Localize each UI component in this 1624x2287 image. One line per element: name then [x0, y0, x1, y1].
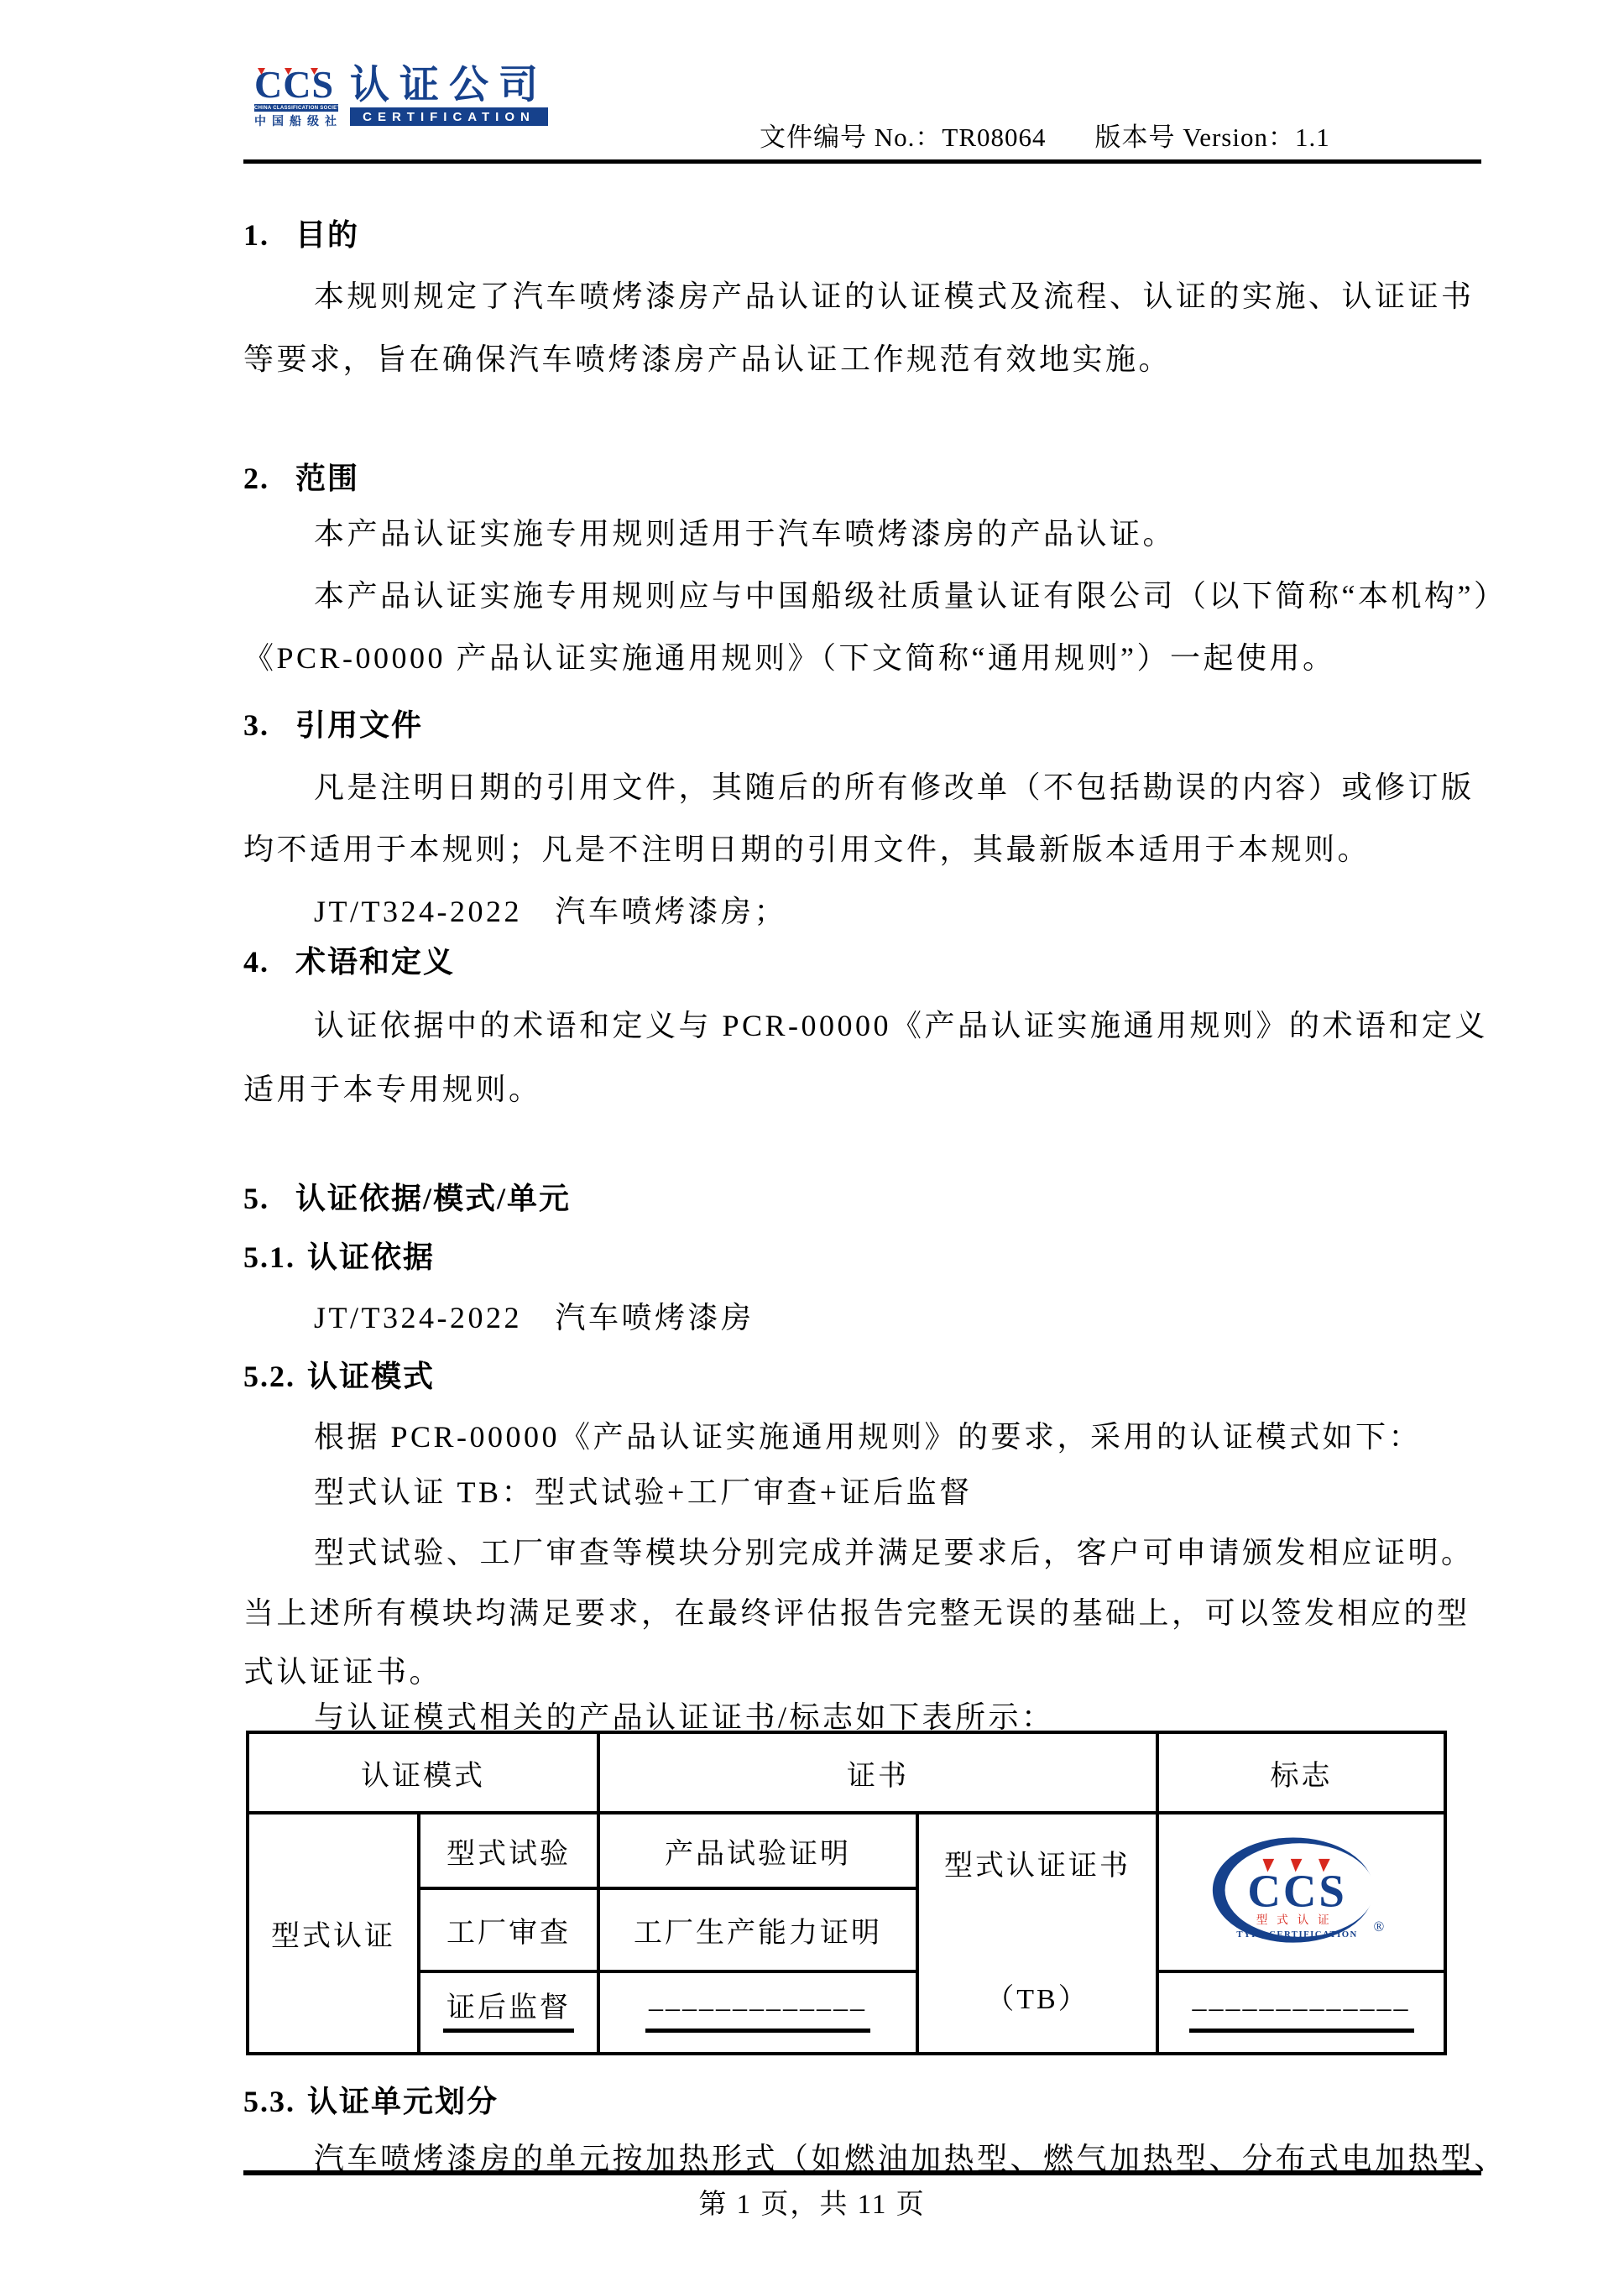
mark-type-en: TYPE CERTIFICATION — [1236, 1929, 1357, 1939]
section-number: 1. — [243, 217, 295, 253]
cell-mode-group: 型式认证 — [248, 1813, 419, 2054]
paragraph-line: 型式试验、工厂审查等模块分别完成并满足要求后，客户可申请颁发相应证明。 — [243, 1529, 1475, 1572]
certification-banner: CERTIFICATION — [350, 107, 548, 126]
registered-icon: ® — [1374, 1918, 1387, 1934]
section-heading-5-1: 5.1.认证依据 — [243, 1234, 435, 1277]
paragraph-line: 《PCR-00000 产品认证实施通用规则》（下文简称“通用规则”）一起使用。 — [243, 634, 1336, 677]
ccs-wordmark: CCS — [254, 67, 338, 102]
section-heading-5-3: 5.3.认证单元划分 — [243, 2078, 499, 2121]
ccs-logo: CCS CHINA CLASSIFICATION SOCIETY 中国船级社 认… — [254, 67, 548, 129]
section-title: 认证依据/模式/单元 — [295, 1182, 571, 1215]
cell-module: 型式试验 — [419, 1813, 598, 1888]
paragraph-line: 等要求，旨在确保汽车喷烤漆房产品认证工作规范有效地实施。 — [243, 336, 1172, 379]
cell-module: 证后监督 — [419, 1971, 598, 2054]
header-rule — [243, 159, 1481, 164]
cert-group-code: （TB） — [919, 1983, 1156, 2018]
section-number: 4. — [243, 944, 295, 979]
section-heading-3: 3.引用文件 — [243, 702, 423, 744]
paragraph-line: 均不适用于本规则；凡是不注明日期的引用文件，其最新版本适用于本规则。 — [243, 826, 1371, 869]
cert-group-name: 型式认证证书 — [919, 1850, 1156, 1884]
cell-mark: ––––––––––––– — [1157, 1971, 1445, 2054]
dash-placeholder: ––––––––––––– — [645, 1994, 870, 2033]
section-heading-4: 4.术语和定义 — [243, 938, 455, 981]
section-title: 认证模式 — [307, 1360, 435, 1393]
section-title: 认证依据 — [307, 1240, 435, 1274]
section-number: 5.2. — [243, 1359, 307, 1394]
cell-mark-logo: CCS 型式认证 TYPE CERTIFICATION ® — [1157, 1813, 1445, 1971]
cell-module: 工厂审查 — [419, 1888, 598, 1971]
ccs-logo-left: CCS CHINA CLASSIFICATION SOCIETY 中国船级社 — [254, 67, 338, 129]
section-heading-5: 5.认证依据/模式/单元 — [243, 1175, 571, 1218]
paragraph-line: 当上述所有模块均满足要求，在最终评估报告完整无误的基础上，可以签发相应的型 — [243, 1590, 1470, 1632]
paragraph-line: JT/T324-2022 汽车喷烤漆房 — [243, 1294, 754, 1337]
cell-cert: ––––––––––––– — [598, 1971, 917, 2054]
section-heading-5-2: 5.2.认证模式 — [243, 1353, 435, 1396]
section-number: 5. — [243, 1181, 295, 1216]
section-number: 5.3. — [243, 2084, 307, 2119]
society-name-cn: 中国船级社 — [254, 112, 338, 129]
page-number: 第 1 页，共 11 页 — [0, 2182, 1624, 2222]
section-title: 认证单元划分 — [307, 2085, 499, 2118]
section-number: 5.1. — [243, 1240, 307, 1275]
section-title: 范围 — [295, 462, 359, 495]
mark-ccs-letters: CCS — [1247, 1865, 1346, 1916]
section-number: 3. — [243, 708, 295, 743]
paragraph-line: 型式认证 TB：型式试验+工厂审查+证后监督 — [243, 1469, 973, 1512]
section-title: 引用文件 — [295, 708, 423, 742]
paragraph-line: 本规则规定了汽车喷烤漆房产品认证的认证模式及流程、认证的实施、认证证书 — [243, 273, 1475, 316]
section-heading-2: 2.范围 — [243, 455, 359, 498]
paragraph-line: 适用于本专用规则。 — [243, 1066, 542, 1109]
type-certification-mark-icon: CCS 型式认证 TYPE CERTIFICATION ® — [1207, 1830, 1396, 1955]
footer-rule — [243, 2170, 1481, 2175]
company-name: 认证公司 — [350, 67, 548, 105]
doc-version: 版本号 Version：1.1 — [1095, 123, 1330, 152]
supervision-label: 证后监督 — [443, 1994, 574, 2033]
header-cell-mark: 标志 — [1157, 1732, 1445, 1813]
paragraph-line: 认证依据中的术语和定义与 PCR-00000《产品认证实施通用规则》的术语和定义 — [243, 1002, 1488, 1045]
document-page: CCS CHINA CLASSIFICATION SOCIETY 中国船级社 认… — [0, 0, 1624, 2287]
section-title: 目的 — [295, 218, 359, 252]
document-meta: 文件编号 No.：TR08064版本号 Version：1.1 — [760, 116, 1330, 154]
cell-cert: 产品试验证明 — [598, 1813, 917, 1888]
table-row: 型式认证 型式试验 产品试验证明 型式认证证书 （TB） CCS 型式认证 — [248, 1813, 1445, 1888]
paragraph-line: 根据 PCR-00000《产品认证实施通用规则》的要求，采用的认证模式如下： — [243, 1413, 1422, 1456]
cell-cert-group: 型式认证证书 （TB） — [917, 1813, 1157, 2054]
mark-type-cn: 型式认证 — [1256, 1913, 1339, 1926]
table-row: 证后监督 ––––––––––––– ––––––––––––– — [248, 1971, 1445, 2054]
paragraph-line: JT/T324-2022 汽车喷烤漆房； — [243, 888, 787, 931]
header-cell-certificate: 证书 — [598, 1732, 1157, 1813]
paragraph-line: 本产品认证实施专用规则适用于汽车喷烤漆房的产品认证。 — [243, 510, 1176, 553]
dash-placeholder: ––––––––––––– — [1189, 1994, 1414, 2033]
section-number: 2. — [243, 461, 295, 496]
paragraph-line: 式认证证书。 — [243, 1648, 442, 1691]
paragraph-line: 本产品认证实施专用规则应与中国船级社质量认证有限公司（以下简称“本机构”） — [243, 572, 1507, 615]
section-heading-1: 1.目的 — [243, 211, 359, 254]
doc-number: 文件编号 No.：TR08064 — [760, 123, 1047, 152]
ccs-logo-right: 认证公司 CERTIFICATION — [350, 67, 548, 129]
paragraph-line: 凡是注明日期的引用文件，其随后的所有修改单（不包括勘误的内容）或修订版 — [243, 764, 1475, 807]
cell-cert: 工厂生产能力证明 — [598, 1888, 917, 1971]
section-title: 术语和定义 — [295, 945, 455, 979]
table-header-row: 认证模式 证书 标志 — [248, 1732, 1445, 1813]
ccs-letters: CCS — [254, 63, 334, 106]
certification-mode-table: 认证模式 证书 标志 型式认证 型式试验 产品试验证明 型式认证证书 （TB） — [246, 1731, 1447, 2055]
header-cell-mode: 认证模式 — [248, 1732, 598, 1813]
